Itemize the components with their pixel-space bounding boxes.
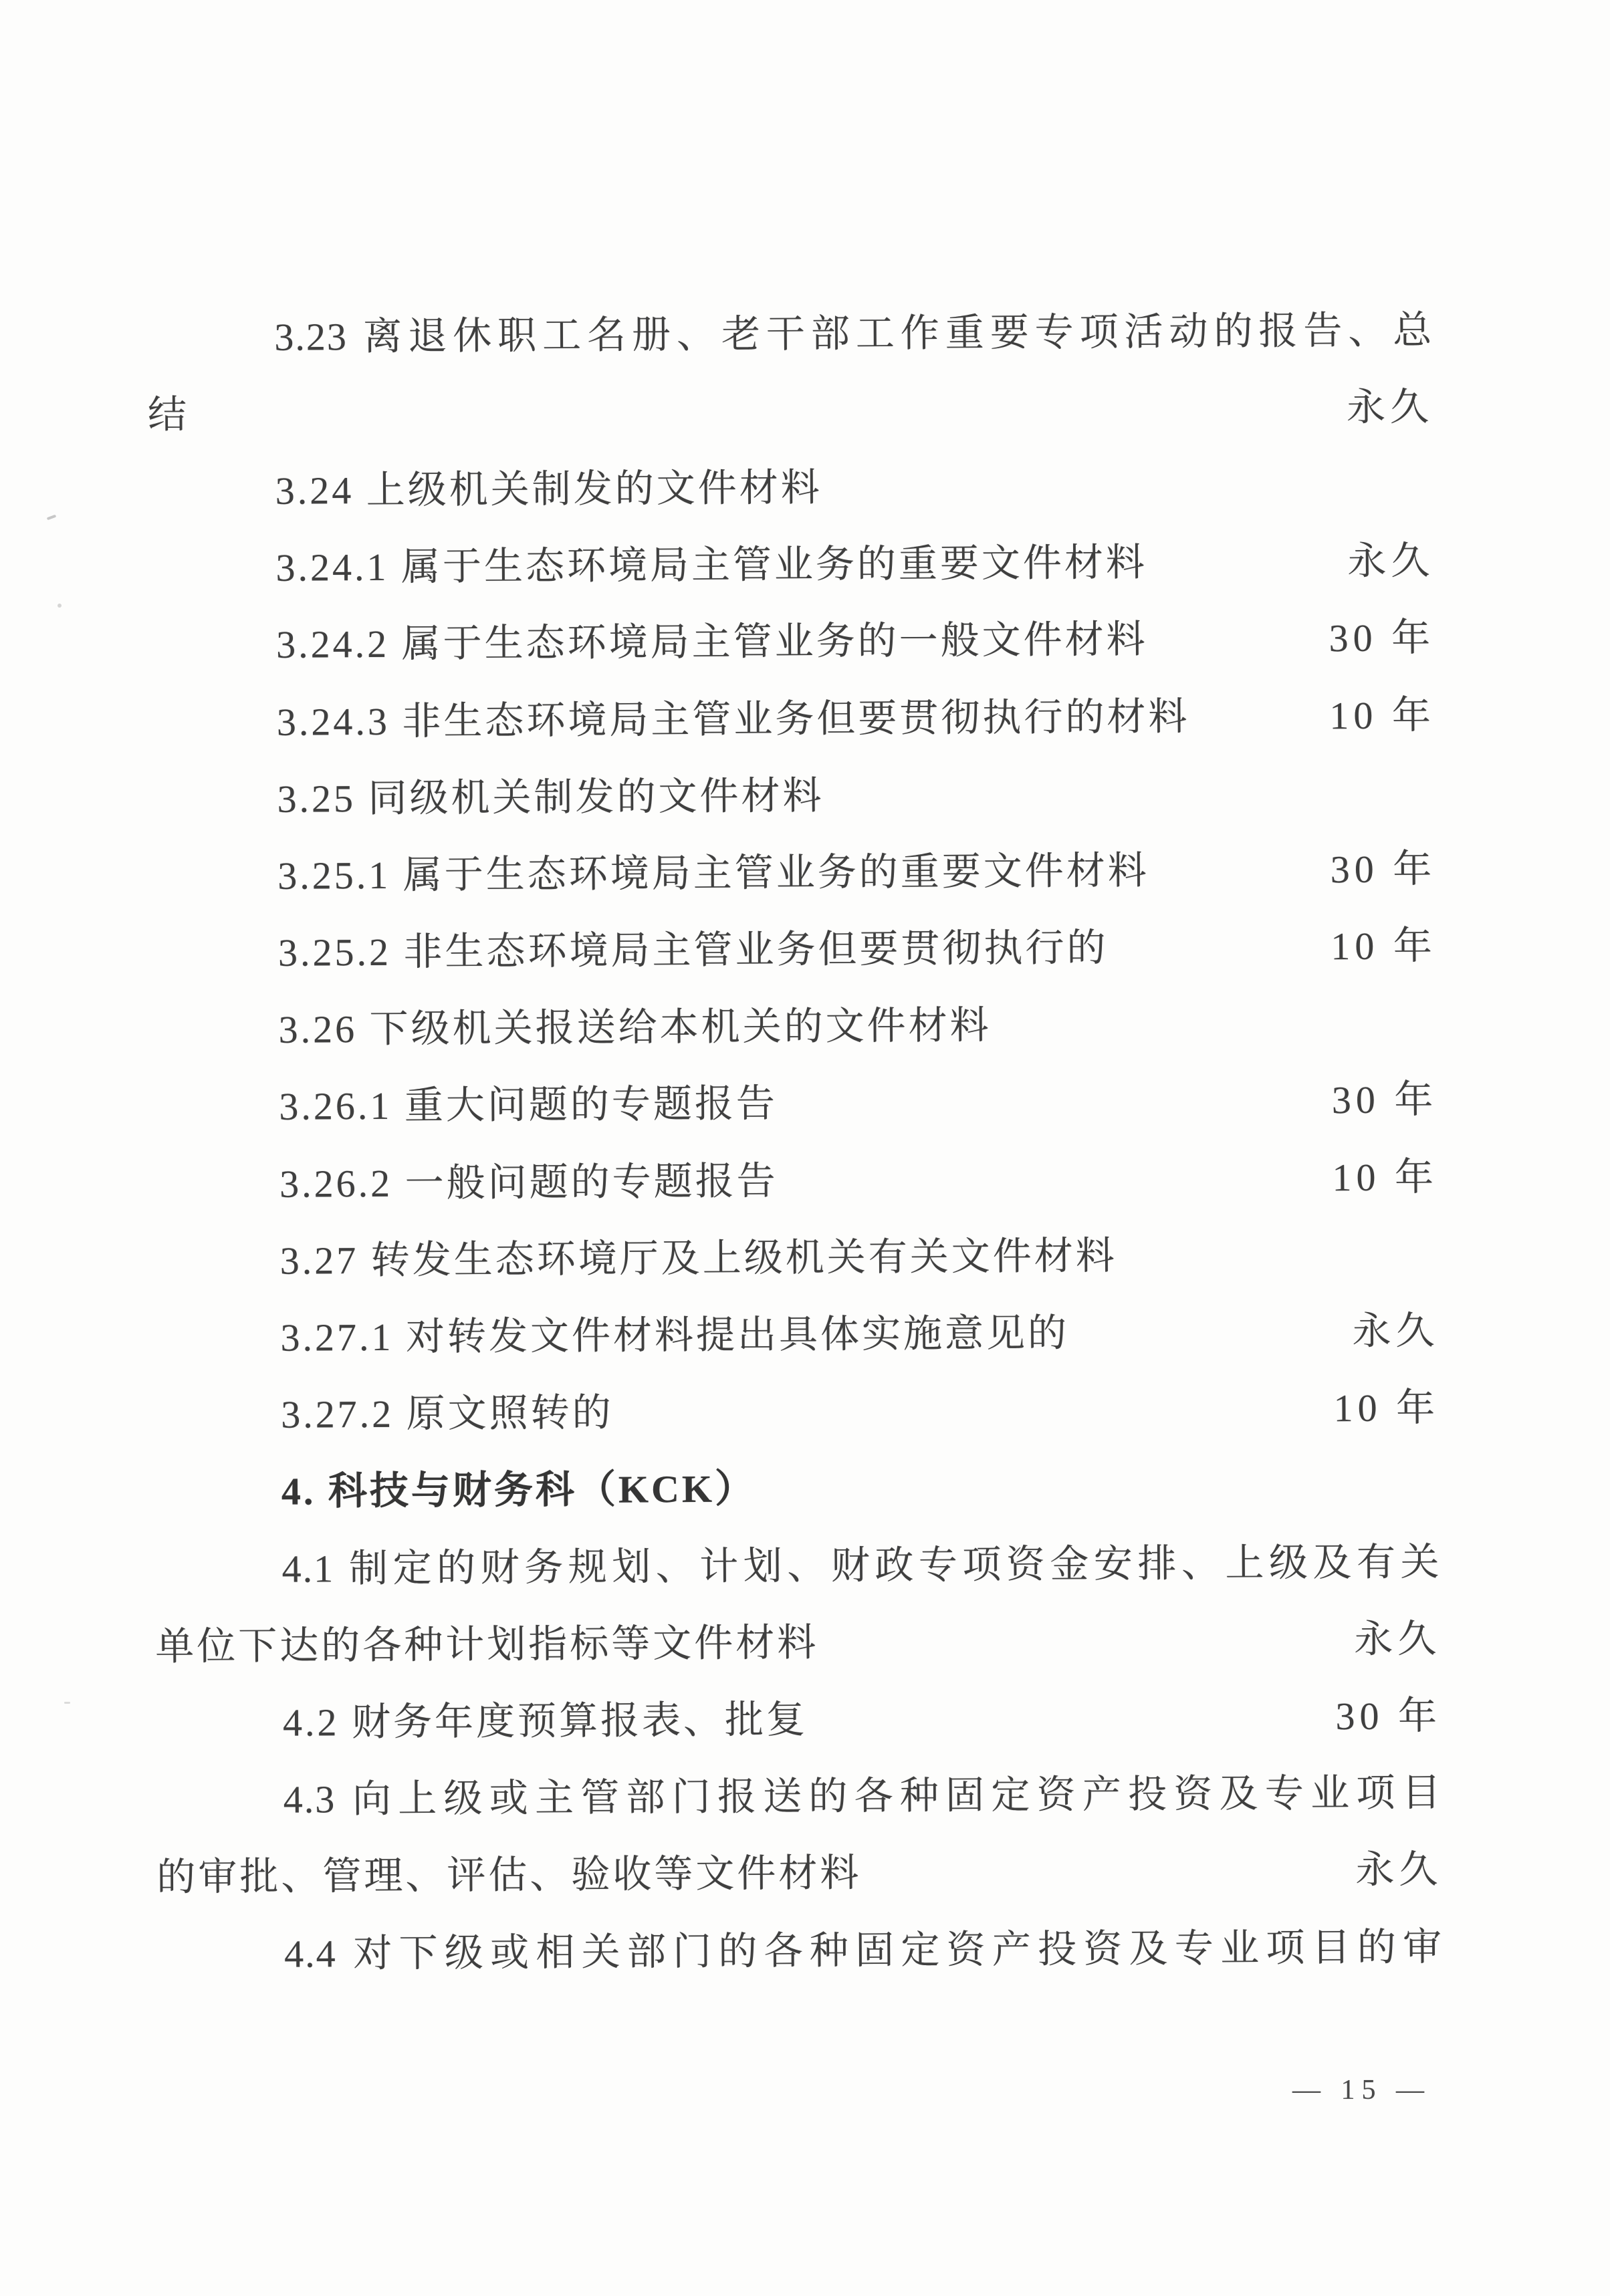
schedule-row: 3.27.1 对转发文件材料提出具体实施意见的 永久 bbox=[153, 1293, 1440, 1378]
schedule-row: 3.23 离退休职工名册、老干部工作重要专项活动的报告、总 bbox=[147, 291, 1433, 376]
scan-speck bbox=[57, 604, 62, 608]
schedule-row: 3.26.2 一般问题的专题报告 10 年 bbox=[152, 1138, 1439, 1223]
schedule-row: 4.2 财务年度预算报表、批复 30 年 bbox=[156, 1678, 1442, 1763]
retention-period-label: 10 年 bbox=[1329, 696, 1435, 735]
schedule-row: 3.24 上级机关制发的文件材料 bbox=[148, 446, 1434, 531]
item-text: 3.23 离退休职工名册、老干部工作重要专项活动的报告、总 bbox=[274, 311, 1433, 357]
item-text: 3.24.1 属于生态环境局主管业务的重要文件材料 bbox=[275, 543, 1147, 588]
item-text: 4.4 对下级或相关部门的各种固定资产投资及专业项目的审 bbox=[284, 1928, 1443, 1974]
item-text: 结 bbox=[148, 395, 189, 434]
item-text: 单位下达的各种计划指标等文件材料 bbox=[155, 1624, 818, 1666]
item-text: 4. 科技与财务科（KCK） bbox=[281, 1470, 756, 1511]
schedule-row: 结 永久 bbox=[148, 368, 1434, 453]
item-text: 3.24.2 属于生态环境局主管业务的一般文件材料 bbox=[276, 620, 1148, 664]
item-text: 3.24 上级机关制发的文件材料 bbox=[275, 469, 822, 511]
document-page: 3.23 离退休职工名册、老干部工作重要专项活动的报告、总 结 永久 3.24 … bbox=[0, 0, 1610, 2296]
item-text: 3.24.3 非生态环境局主管业务但要贯彻执行的材料 bbox=[277, 697, 1190, 741]
retention-schedule-list: 3.23 离退休职工名册、老干部工作重要专项活动的报告、总 结 永久 3.24 … bbox=[147, 291, 1443, 1993]
scan-speck bbox=[64, 1702, 70, 1704]
item-text: 4.2 财务年度预算报表、批复 bbox=[283, 1700, 808, 1743]
retention-period-label: 30 年 bbox=[1335, 1696, 1442, 1736]
item-text: 3.27.1 对转发文件材料提出具体实施意见的 bbox=[280, 1314, 1069, 1358]
schedule-row: 的审批、管理、评估、验收等文件材料 永久 bbox=[156, 1831, 1443, 1916]
item-text: 3.27 转发生态环境厅及上级机关有关文件材料 bbox=[280, 1237, 1117, 1281]
item-text: 4.1 制定的财务规划、计划、财政专项资金安排、上级及有关 bbox=[281, 1543, 1440, 1589]
page-number: — 15 — bbox=[1292, 2074, 1431, 2106]
retention-period-label: 30 年 bbox=[1332, 1081, 1438, 1120]
schedule-row: 4.1 制定的财务规划、计划、财政专项资金安排、上级及有关 bbox=[154, 1523, 1441, 1608]
schedule-row: 3.24.2 属于生态环境局主管业务的一般文件材料 30 年 bbox=[149, 600, 1435, 684]
item-text: 3.25.2 非生态环境局主管业务但要贯彻执行的 bbox=[278, 928, 1109, 973]
schedule-row: 3.27.2 原文照转的 10 年 bbox=[154, 1370, 1440, 1454]
item-text: 的审批、管理、评估、验收等文件材料 bbox=[156, 1854, 861, 1897]
item-text: 3.25.1 属于生态环境局主管业务的重要文件材料 bbox=[277, 852, 1149, 896]
schedule-row: 3.25 同级机关制发的文件材料 bbox=[150, 753, 1436, 838]
item-text: 3.25 同级机关制发的文件材料 bbox=[277, 777, 824, 819]
schedule-row: 3.24.1 属于生态环境局主管业务的重要文件材料 永久 bbox=[148, 523, 1435, 608]
retention-period-label: 永久 bbox=[1352, 1311, 1439, 1351]
retention-period-label: 10 年 bbox=[1332, 1158, 1438, 1197]
schedule-row: 单位下达的各种计划指标等文件材料 永久 bbox=[155, 1600, 1442, 1685]
item-text: 4.3 向上级或主管部门报送的各种固定资产投资及专业项目 bbox=[283, 1773, 1442, 1819]
retention-period-label: 永久 bbox=[1347, 388, 1433, 427]
retention-period-label: 永久 bbox=[1347, 541, 1434, 581]
retention-period-label: 30 年 bbox=[1329, 619, 1435, 658]
item-text: 3.26.1 重大问题的专题报告 bbox=[279, 1085, 778, 1127]
retention-period-label: 30 年 bbox=[1331, 850, 1437, 889]
schedule-row: 3.26 下级机关报送给本机关的文件材料 bbox=[151, 985, 1437, 1069]
schedule-row: 4.4 对下级或相关部门的各种固定资产投资及专业项目的审 bbox=[157, 1908, 1444, 1993]
schedule-row: 3.25.2 非生态环境局主管业务但要贯彻执行的 10 年 bbox=[151, 908, 1437, 993]
retention-period-label: 10 年 bbox=[1331, 926, 1437, 966]
scan-speck bbox=[47, 515, 57, 521]
item-text: 3.27.2 原文照转的 bbox=[281, 1394, 614, 1434]
schedule-row: 3.26.1 重大问题的专题报告 30 年 bbox=[152, 1061, 1438, 1146]
item-text: 3.26.2 一般问题的专题报告 bbox=[279, 1162, 778, 1204]
schedule-row: 4. 科技与财务科（KCK） bbox=[154, 1446, 1441, 1531]
retention-period-label: 10 年 bbox=[1333, 1388, 1440, 1428]
schedule-row: 4.3 向上级或主管部门报送的各种固定资产投资及专业项目 bbox=[156, 1755, 1442, 1839]
retention-period-label: 永久 bbox=[1354, 1620, 1441, 1659]
schedule-row: 3.27 转发生态环境厅及上级机关有关文件材料 bbox=[152, 1215, 1439, 1300]
item-text: 3.26 下级机关报送给本机关的文件材料 bbox=[279, 1007, 992, 1050]
schedule-row: 3.25.1 属于生态环境局主管业务的重要文件材料 30 年 bbox=[150, 831, 1437, 916]
schedule-row: 3.24.3 非生态环境局主管业务但要贯彻执行的材料 10 年 bbox=[150, 676, 1436, 761]
retention-period-label: 永久 bbox=[1355, 1851, 1442, 1890]
